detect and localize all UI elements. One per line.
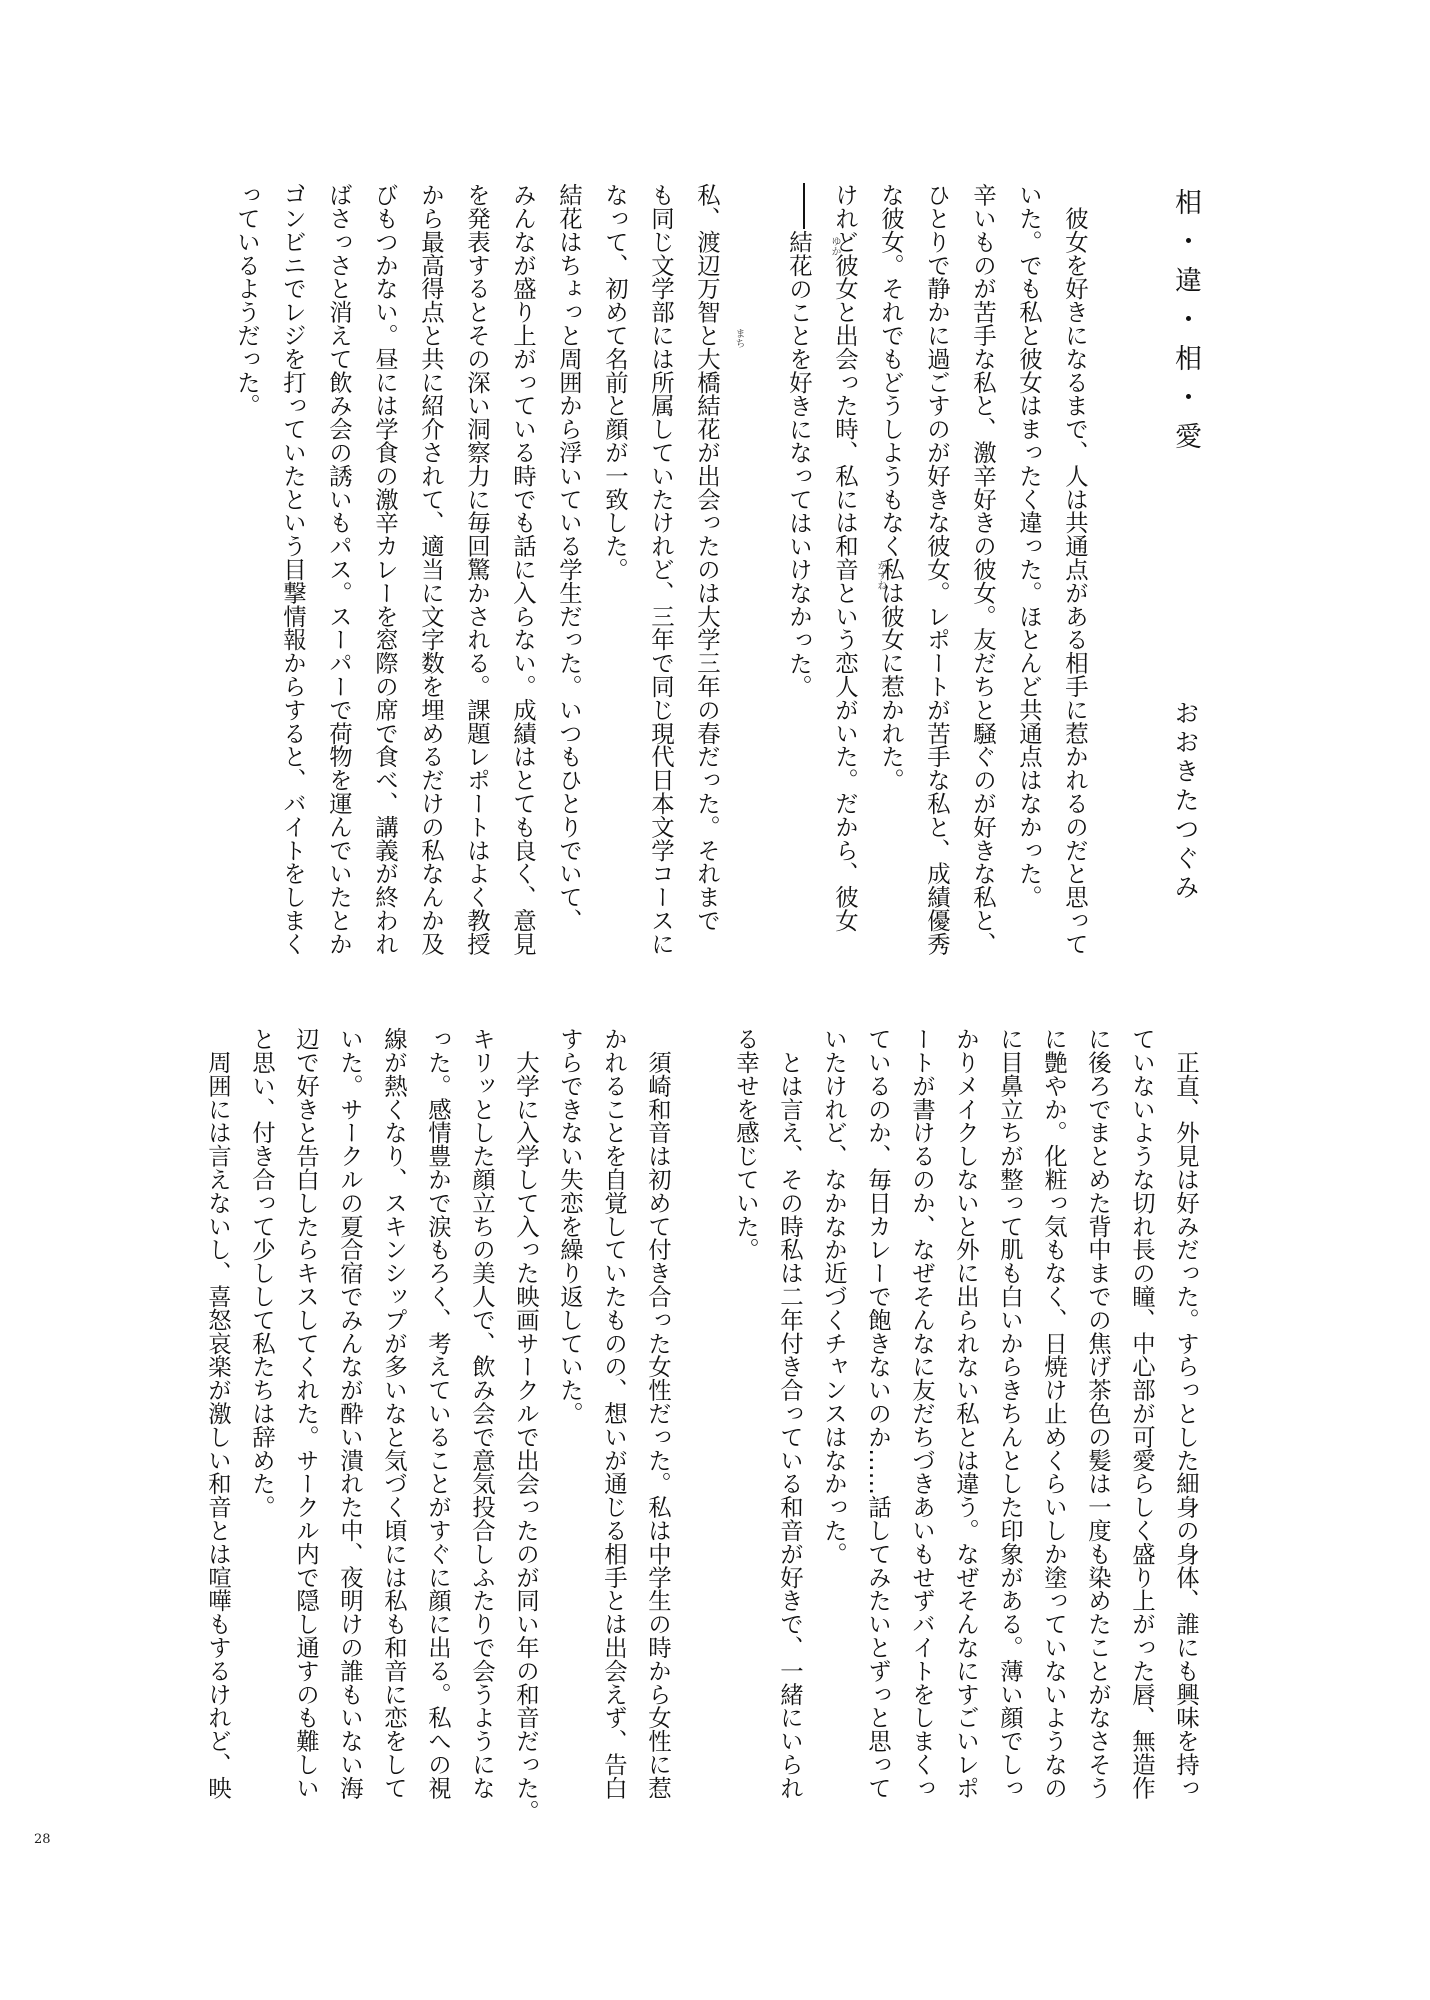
text-column: を発表するとその深い洞察力に毎回驚かされる。課題レポートはよく教授 — [454, 183, 500, 973]
text-column: に後ろでまとめた背中までの焦げ茶色の髪は一度も染めたことがなさそう — [1075, 1027, 1121, 1827]
text-column — [679, 1027, 725, 1827]
text-column: ばさっさと消えて飲み会の誘いもパス。スーパーで荷物を運んでいたとか、 — [316, 183, 362, 973]
text-column: かれることを自覚していたものの、想いが通じる相手とは出会えず、告白 — [591, 1027, 637, 1827]
text-column: 結花はちょっと周囲から浮いている学生だった。いつもひとりでいて、 — [546, 183, 592, 973]
ruby-machi: まち — [733, 328, 743, 348]
text-column: ひとりで静かに過ごすのが好きな彼女。レポートが苦手な私と、成績優秀 — [914, 183, 960, 973]
text-column: から最高得点と共に紹介されて、適当に文字数を埋めるだけの私なんか及 — [408, 183, 454, 973]
text-column: いたけれど、なかなか近づくチャンスはなかった。 — [811, 1027, 857, 1827]
author-name: おおきたつぐみ — [1162, 700, 1208, 903]
text-column: みんなが盛り上がっている時でも話に入らない。成績はとても良く、意見 — [500, 183, 546, 973]
ruby-kazune: かずね — [875, 560, 885, 590]
text-column: と思い、付き合って少しして私たちは辞めた。 — [239, 1027, 285, 1827]
text-column: に艶やか。化粧っ気もなく、日焼け止めくらいしか塗っていないようなの — [1031, 1027, 1077, 1827]
text-column: 周囲には言えないし、喜怒哀楽が激しい和音とは喧嘩もするけれど、映 — [195, 1027, 241, 1827]
text-column: とは言え、その時私は二年付き合っている和音が好きで、一緒にいられ — [767, 1027, 813, 1827]
text-column: 線が熱くなり、スキンシップが多いなと気づく頃には私も和音に恋をして — [371, 1027, 417, 1827]
text-column: ートが書けるのか、なぜそんなに友だちづきあいもせずバイトをしまくっ — [899, 1027, 945, 1827]
page-number: 28 — [34, 1832, 51, 1847]
text-column: る幸せを感じていた。 — [723, 1027, 769, 1827]
text-column: 須崎和音は初めて付き合った女性だった。私は中学生の時から女性に惹 — [635, 1027, 681, 1827]
text-column: びもつかない。昼には学食の激辛カレーを窓際の席で食べ、講義が終われ — [362, 183, 408, 973]
manuscript-page: 相・違・相・愛 おおきたつぐみ 彼女を好きになるまで、人は共通点がある相手に惹か… — [0, 0, 1430, 2000]
text-column: に目鼻立ちが整って肌も白いからきちんとした印象がある。薄い顔でしっ — [987, 1027, 1033, 1827]
text-column: 私、渡辺万智と大橋結花が出会ったのは大学三年の春だった。それまで — [684, 183, 730, 973]
text-column: 辛いものが苦手な私と、激辛好きの彼女。友だちと騒ぐのが好きな私と、 — [960, 183, 1006, 973]
text-column: っているようだった。 — [224, 183, 270, 973]
text-column: 辺で好きと告白したらキスしてくれた。サークル内で隠し通すのも難しい — [283, 1027, 329, 1827]
text-column: コンビニでレジを打っていたという目撃情報からすると、バイトをしまく — [270, 183, 316, 973]
text-column: った。感情豊かで涙もろく、考えていることがすぐに顔に出る。私への視 — [415, 1027, 461, 1827]
text-column: かりメイクしないと外に出られない私とは違う。なぜそんなにすごいレポ — [943, 1027, 989, 1827]
em-dash-rule — [803, 183, 805, 229]
story-title: 相・違・相・愛 — [1162, 188, 1208, 461]
text-column: いた。でも私と彼女はまったく違った。ほとんど共通点はなかった。 — [1006, 183, 1052, 973]
text-column: いた。サークルの夏合宿でみんなが酔い潰れた中、夜明けの誰もいない海 — [327, 1027, 373, 1827]
text-column: 大学に入学して入った映画サークルで出会ったのが同い年の和音だった。 — [503, 1027, 549, 1827]
text-column — [730, 183, 776, 973]
text-column: けれど彼女と出会った時、私には和音という恋人がいた。だから、彼女 — [822, 183, 868, 973]
text-column: 彼女を好きになるまで、人は共通点がある相手に惹かれるのだと思って — [1052, 183, 1098, 973]
ruby-yuka: ゆか — [829, 236, 839, 256]
text-column: なって、初めて名前と顔が一致した。 — [592, 183, 638, 973]
text-column: 正直、外見は好みだった。すらっとした細身の身体、誰にも興味を持っ — [1163, 1027, 1209, 1827]
text-column: キリッとした顔立ちの美人で、飲み会で意気投合しふたりで会うようにな — [459, 1027, 505, 1827]
text-column: すらできない失恋を繰り返していた。 — [547, 1027, 593, 1827]
text-column: ていないような切れ長の瞳、中心部が可愛らしく盛り上がった唇、無造作 — [1119, 1027, 1165, 1827]
text-column: も同じ文学部には所属していたけれど、三年で同じ現代日本文学コースに — [638, 183, 684, 973]
text-column: 結花のことを好きになってはいけなかった。 — [776, 230, 822, 973]
text-column: ているのか、毎日カレーで飽きないのか……話してみたいとずっと思って — [855, 1027, 901, 1827]
